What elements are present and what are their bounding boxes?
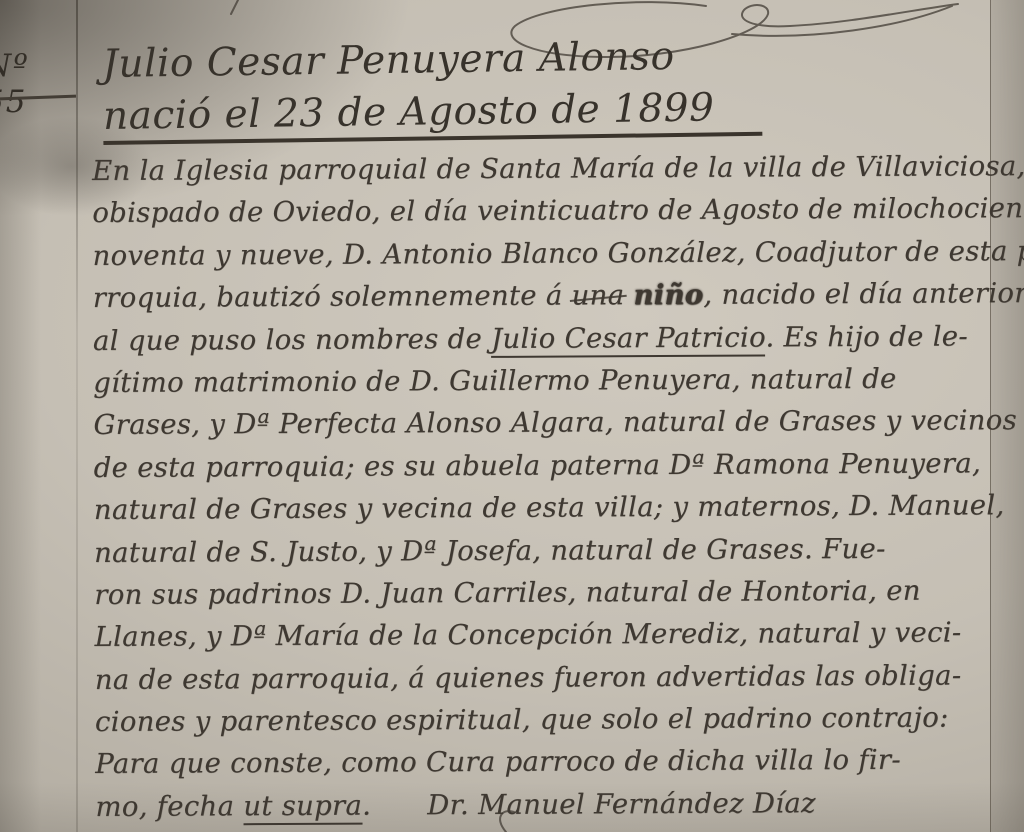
record-line: ron sus padrinos D. Juan Carriles, natur…: [94, 569, 1004, 616]
scanned-register-page: Nº 55 Julio Cesar Penuyera Alonso nació …: [0, 0, 1024, 832]
record-text: .: [362, 789, 371, 821]
record-text: na de esta parroquia, á quienes fueron a…: [95, 659, 962, 696]
record-text: mo, fecha: [95, 790, 243, 823]
margin-entry-number: Nº 55: [0, 48, 78, 120]
record-text: ron sus padrinos D. Juan Carriles, natur…: [94, 575, 921, 611]
record-text: natural de Grases y vecina de esta villa…: [94, 489, 1005, 526]
record-text: una: [572, 279, 625, 311]
record-line: obispado de Oviedo, el día veinticuatro …: [92, 188, 1002, 235]
record-text: natural de S. Justo, y Dª Josefa, natura…: [94, 532, 886, 568]
record-line: gítimo matrimonio de D. Guillermo Penuye…: [93, 357, 1003, 404]
record-text: , nacido el día anterior,: [703, 277, 1024, 311]
record-heading-name: Julio Cesar Penuyera Alonso: [102, 33, 762, 94]
record-line: Para que conste, como Cura parroco de di…: [95, 739, 1005, 786]
record-line: Llanes, y Dª María de la Concepción Mere…: [94, 612, 1004, 659]
record-body: En la Iglesia parroquial de Santa María …: [92, 145, 1006, 828]
margin-entry: Nº 55: [0, 0, 78, 150]
record-line: En la Iglesia parroquial de Santa María …: [92, 145, 1002, 192]
record-text: gítimo matrimonio de D. Guillermo Penuye…: [93, 363, 897, 399]
record-text: noventa y nueve, D. Antonio Blanco Gonzá…: [92, 235, 1024, 272]
record-text: obispado de Oviedo, el día veinticuatro …: [92, 192, 1024, 229]
record-text: ciones y parentesco espiritual, que solo…: [95, 702, 949, 738]
record-line: ciones y parentesco espiritual, que solo…: [95, 696, 1005, 743]
baptism-names: Julio Cesar Patricio: [491, 321, 765, 357]
record-text: En la Iglesia parroquial de Santa María …: [92, 150, 1024, 187]
record-text: Para que conste, como Cura parroco de di…: [95, 744, 901, 780]
record-line: de esta parroquia; es su abuela paterna …: [94, 442, 1004, 489]
record-text: ut supra: [243, 789, 362, 825]
record-line: mo, fecha ut supra.Dr. Manuel Fernández …: [95, 781, 1005, 828]
record-heading-birthdate: nació el 23 de Agosto de 1899: [103, 85, 763, 145]
record-line: noventa y nueve, D. Antonio Blanco Gonzá…: [92, 230, 1002, 277]
record-line: natural de Grases y vecina de esta villa…: [94, 484, 1004, 531]
record-text: Grases, y Dª Perfecta Alonso Algara, nat…: [93, 405, 1017, 442]
record-line: natural de S. Justo, y Dª Josefa, natura…: [94, 527, 1004, 574]
record-text: Llanes, y Dª María de la Concepción Mere…: [94, 617, 961, 654]
record-line: rroquia, bautizó solemnemente á una niño…: [93, 272, 1003, 319]
record-text: niño: [633, 279, 703, 311]
record-text: rroquia, bautizó solemnemente á: [93, 280, 572, 315]
record-line: Grases, y Dª Perfecta Alonso Algara, nat…: [93, 400, 1003, 447]
record-heading: Julio Cesar Penuyera Alonso nació el 23 …: [102, 33, 763, 145]
record-text: al que puso los nombres de: [93, 322, 491, 356]
record-line: al que puso los nombres de Julio Cesar P…: [93, 315, 1003, 362]
record-text: . Es hijo de le-: [765, 320, 968, 353]
priest-signature: Dr. Manuel Fernández Díaz: [427, 787, 816, 821]
record-text: de esta parroquia; es su abuela paterna …: [94, 447, 981, 484]
record-line: na de esta parroquia, á quienes fueron a…: [95, 654, 1005, 701]
